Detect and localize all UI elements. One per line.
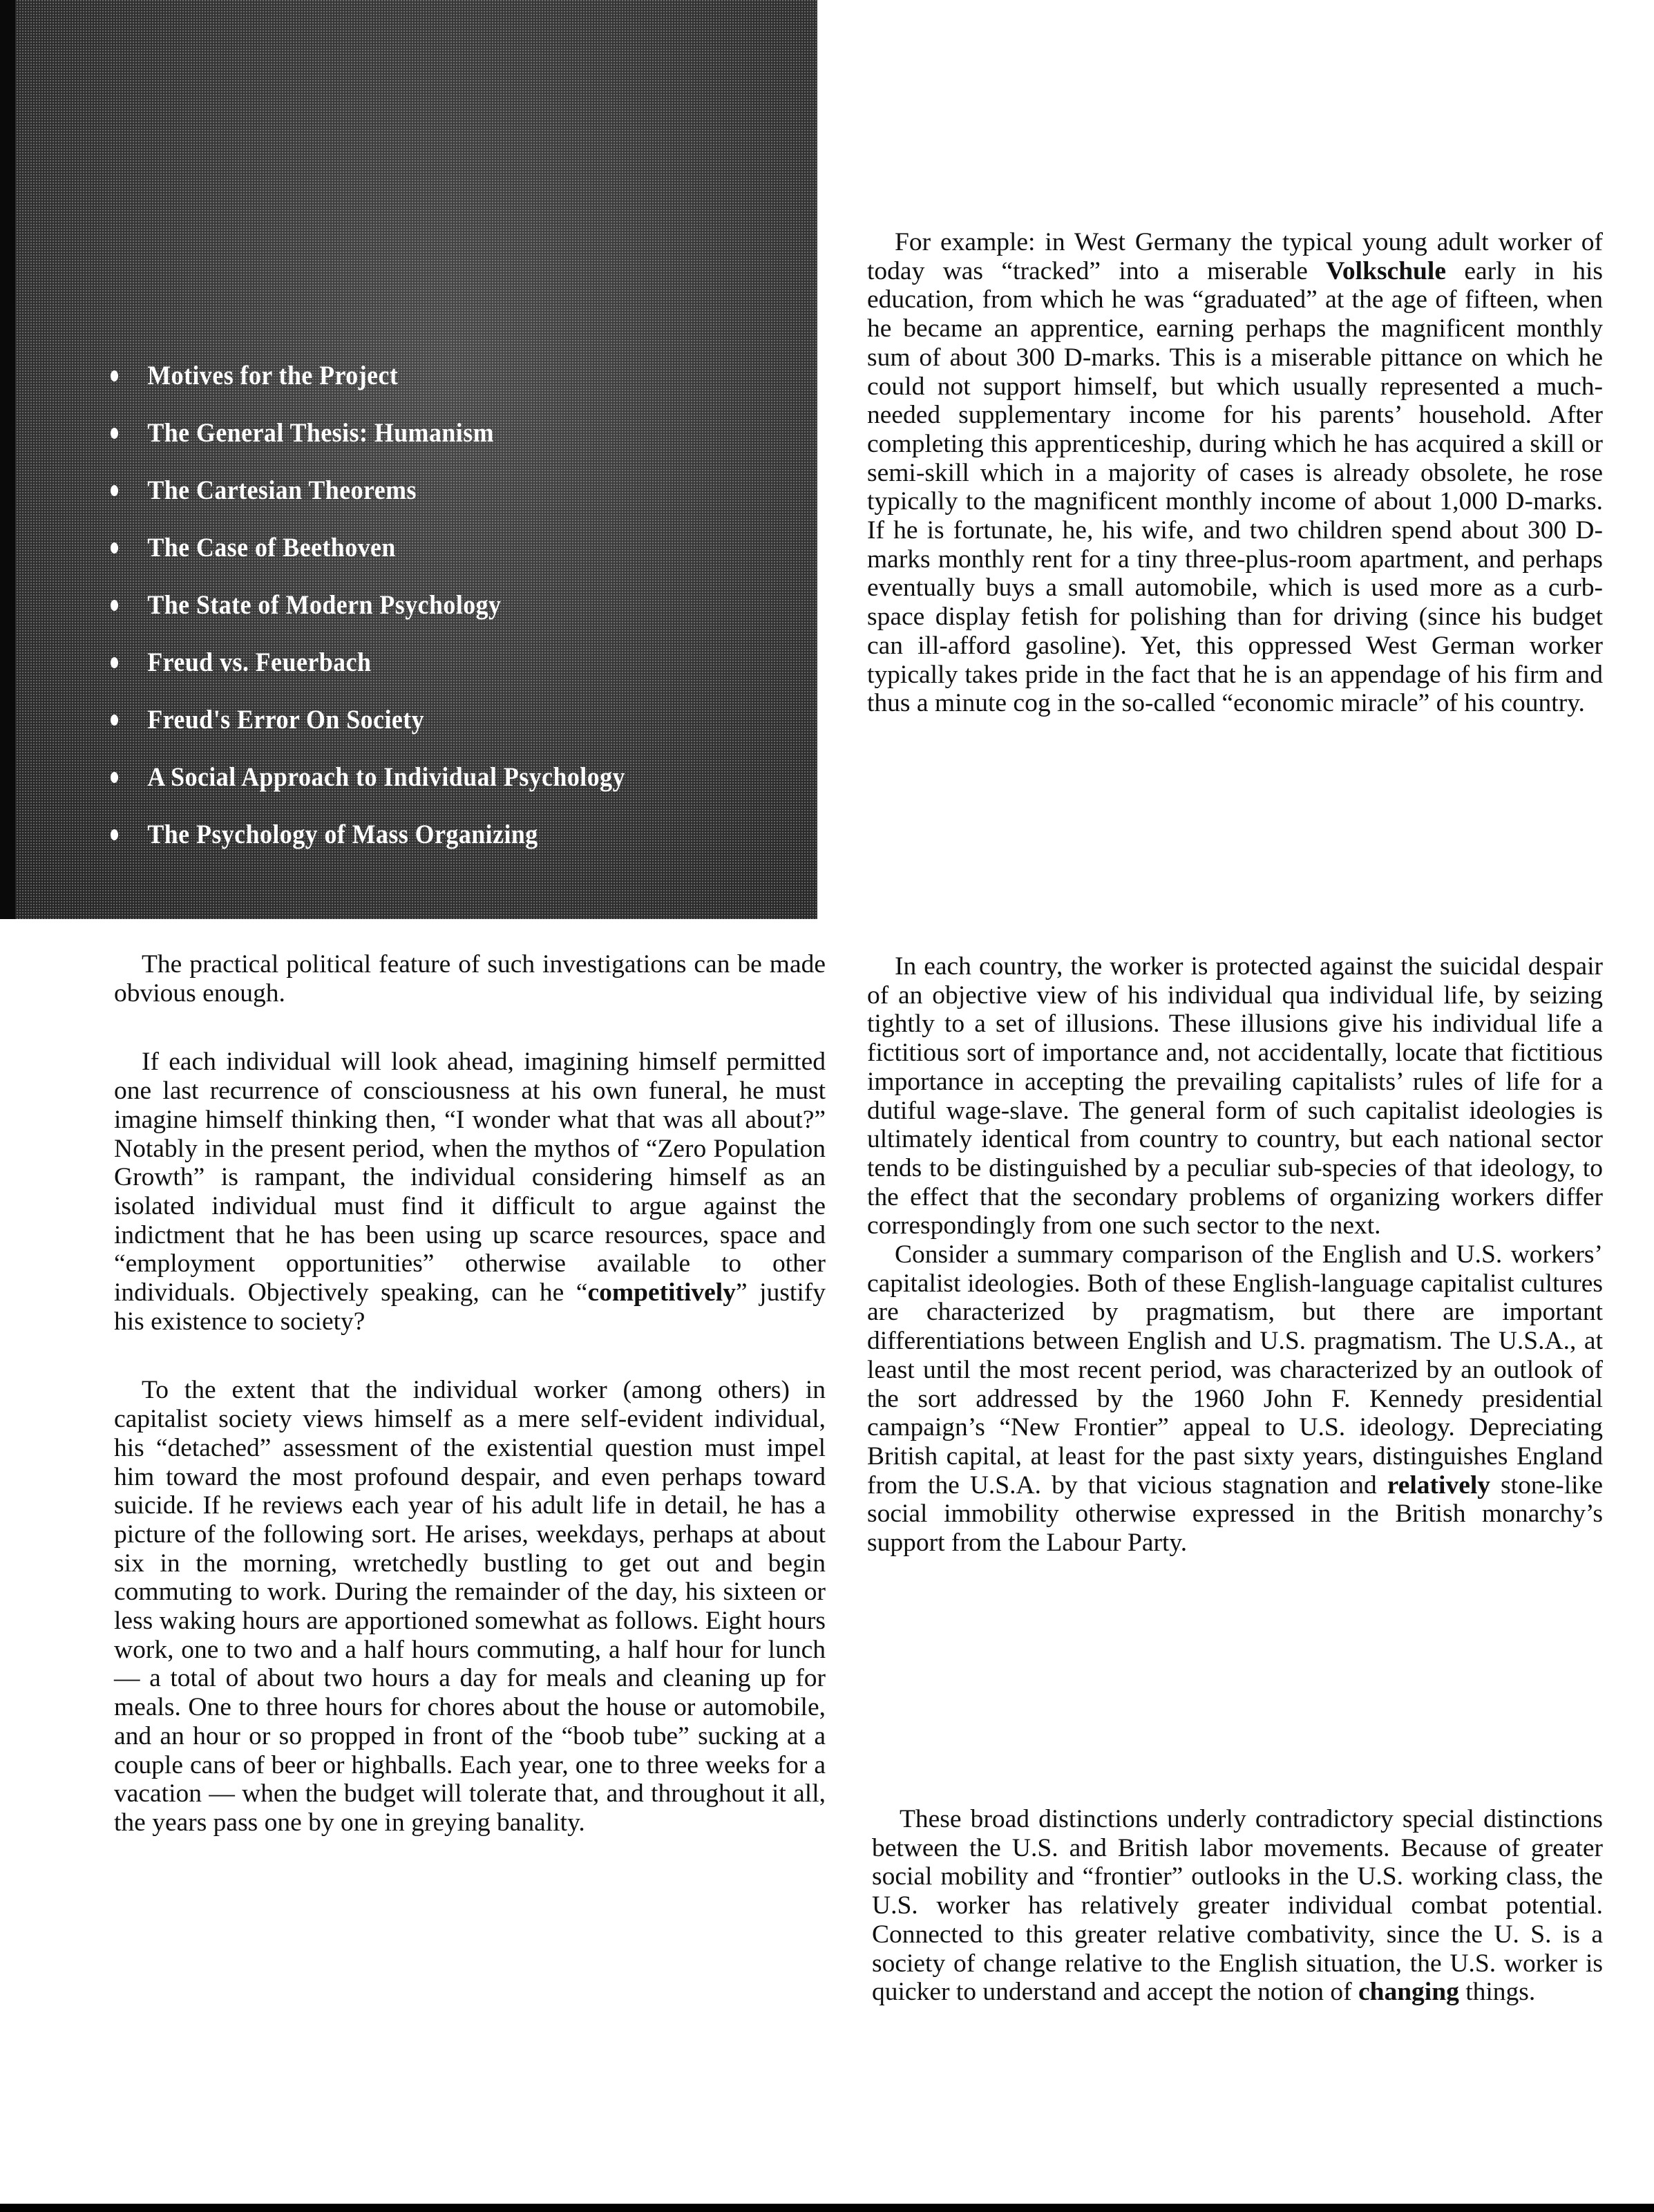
bullet-icon — [111, 428, 118, 439]
paragraph: For example: in West Germany the typical… — [867, 228, 1603, 718]
bullet-icon — [111, 485, 118, 496]
right-column-bottom: These broad distinctions underly contrad… — [872, 1805, 1603, 2007]
toc-item: The Cartesian Theorems — [111, 462, 625, 519]
toc-item: Motives for the Project — [111, 347, 625, 404]
page-bottom-edge — [0, 2204, 1654, 2212]
toc-item: Freud vs. Feuerbach — [111, 634, 625, 691]
paragraph: The practical political feature of such … — [114, 950, 826, 1008]
bullet-icon — [111, 829, 118, 840]
toc-item: A Social Approach to Individual Psycholo… — [111, 748, 625, 806]
toc-list: Motives for the Project The General Thes… — [111, 347, 670, 863]
toc-item: The Psychology of Mass Organizing — [111, 806, 625, 863]
left-column: The practical political feature of such … — [114, 950, 826, 1837]
right-column-middle: In each country, the worker is protected… — [867, 952, 1603, 1558]
emphasis: relatively — [1387, 1471, 1490, 1500]
paragraph: If each individual will look ahead, imag… — [114, 1048, 826, 1336]
bullet-icon — [111, 600, 118, 611]
table-of-contents-box: Motives for the Project The General Thes… — [0, 0, 817, 919]
paragraph: These broad distinctions underly contrad… — [872, 1805, 1603, 2007]
right-column-top: For example: in West Germany the typical… — [867, 228, 1603, 718]
emphasis: changing — [1358, 1978, 1459, 2006]
paragraph: Consider a summary comparison of the Eng… — [867, 1240, 1603, 1558]
bullet-icon — [111, 772, 118, 783]
bullet-icon — [111, 370, 118, 381]
toc-item: The General Thesis: Humanism — [111, 404, 625, 462]
toc-item: The Case of Beethoven — [111, 519, 625, 576]
toc-item: Freud's Error On Society — [111, 691, 625, 748]
toc-item: The State of Modern Psychology — [111, 576, 625, 634]
bullet-icon — [111, 715, 118, 726]
bullet-icon — [111, 657, 118, 668]
bullet-icon — [111, 542, 118, 554]
paragraph: In each country, the worker is protected… — [867, 952, 1603, 1240]
binding-edge — [0, 0, 15, 919]
emphasis: Volkschule — [1326, 257, 1446, 285]
emphasis: competitively — [587, 1278, 736, 1307]
paragraph: To the extent that the individual worker… — [114, 1376, 826, 1837]
